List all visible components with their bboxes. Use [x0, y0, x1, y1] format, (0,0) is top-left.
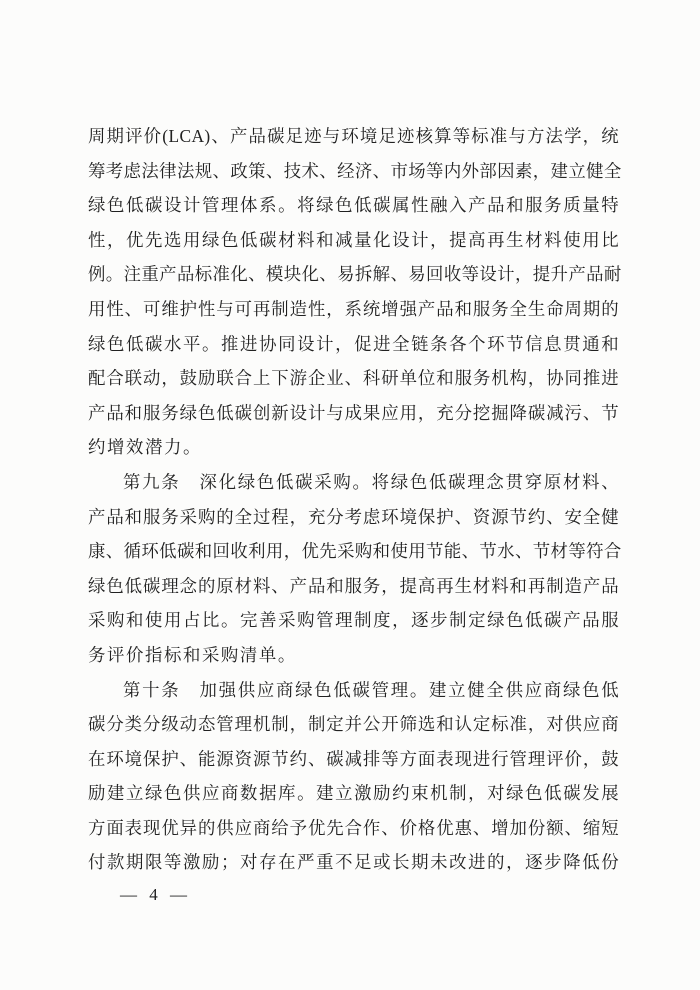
- text-line: 用性、可维护性与可再制造性，系统增强产品和服务全生命周期的: [88, 292, 619, 327]
- text-line: 方面表现优异的供应商给予优先合作、价格优惠、增加份额、缩短: [88, 811, 619, 846]
- text-line: 产品和服务绿色低碳创新设计与成果应用，充分挖掘降碳减污、节: [88, 396, 619, 431]
- text-line: 康、循环低碳和回收利用，优先采购和使用节能、节水、节材等符合: [88, 534, 619, 569]
- text-line: 产品和服务采购的全过程，充分考虑环境保护、资源节约、安全健: [88, 500, 619, 535]
- text-line: 励建立绿色供应商数据库。建立激励约束机制，对绿色低碳发展: [88, 776, 619, 811]
- text-line: 付款期限等激励；对存在严重不足或长期未改进的，逐步降低份: [88, 845, 619, 880]
- page-number: — 4 —: [120, 884, 191, 906]
- text-line: 例。注重产品标准化、模块化、易拆解、易回收等设计，提升产品耐: [88, 257, 619, 292]
- text-line: 性，优先选用绿色低碳材料和减量化设计，提高再生材料使用比: [88, 223, 619, 258]
- text-line: 周期评价(LCA)、产品碳足迹与环境足迹核算等标准与方法学，统: [88, 119, 619, 154]
- text-line: 配合联动，鼓励联合上下游企业、科研单位和服务机构，协同推进: [88, 361, 619, 396]
- text-line: 采购和使用占比。完善采购管理制度，逐步制定绿色低碳产品服: [88, 603, 619, 638]
- paragraph-article-10: 第十条 加强供应商绿色低碳管理。建立健全供应商绿色低 碳分类分级动态管理机制，制…: [88, 673, 619, 881]
- text-line: 筹考虑法律法规、政策、技术、经济、市场等内外部因素，建立健全: [88, 154, 619, 189]
- document-page: 周期评价(LCA)、产品碳足迹与环境足迹核算等标准与方法学，统 筹考虑法律法规、…: [0, 0, 700, 990]
- article-10-heading-line: 第十条 加强供应商绿色低碳管理。建立健全供应商绿色低: [88, 673, 619, 708]
- document-text-block: 周期评价(LCA)、产品碳足迹与环境足迹核算等标准与方法学，统 筹考虑法律法规、…: [88, 119, 619, 880]
- article-9-heading-line: 第九条 深化绿色低碳采购。将绿色低碳理念贯穿原材料、: [88, 465, 619, 500]
- text-line: 碳分类分级动态管理机制，制定并公开筛选和认定标准，对供应商: [88, 707, 619, 742]
- text-line: 绿色低碳设计管理体系。将绿色低碳属性融入产品和服务质量特: [88, 188, 619, 223]
- text-line: 绿色低碳水平。推进协同设计，促进全链条各个环节信息贯通和: [88, 327, 619, 362]
- paragraph-continuation: 周期评价(LCA)、产品碳足迹与环境足迹核算等标准与方法学，统 筹考虑法律法规、…: [88, 119, 619, 465]
- text-line: 在环境保护、能源资源节约、碳减排等方面表现进行管理评价，鼓: [88, 742, 619, 777]
- paragraph-article-9: 第九条 深化绿色低碳采购。将绿色低碳理念贯穿原材料、 产品和服务采购的全过程，充…: [88, 465, 619, 673]
- text-line: 绿色低碳理念的原材料、产品和服务，提高再生材料和再制造产品: [88, 569, 619, 604]
- text-line: 务评价指标和采购清单。: [88, 638, 619, 673]
- text-line: 约增效潜力。: [88, 430, 619, 465]
